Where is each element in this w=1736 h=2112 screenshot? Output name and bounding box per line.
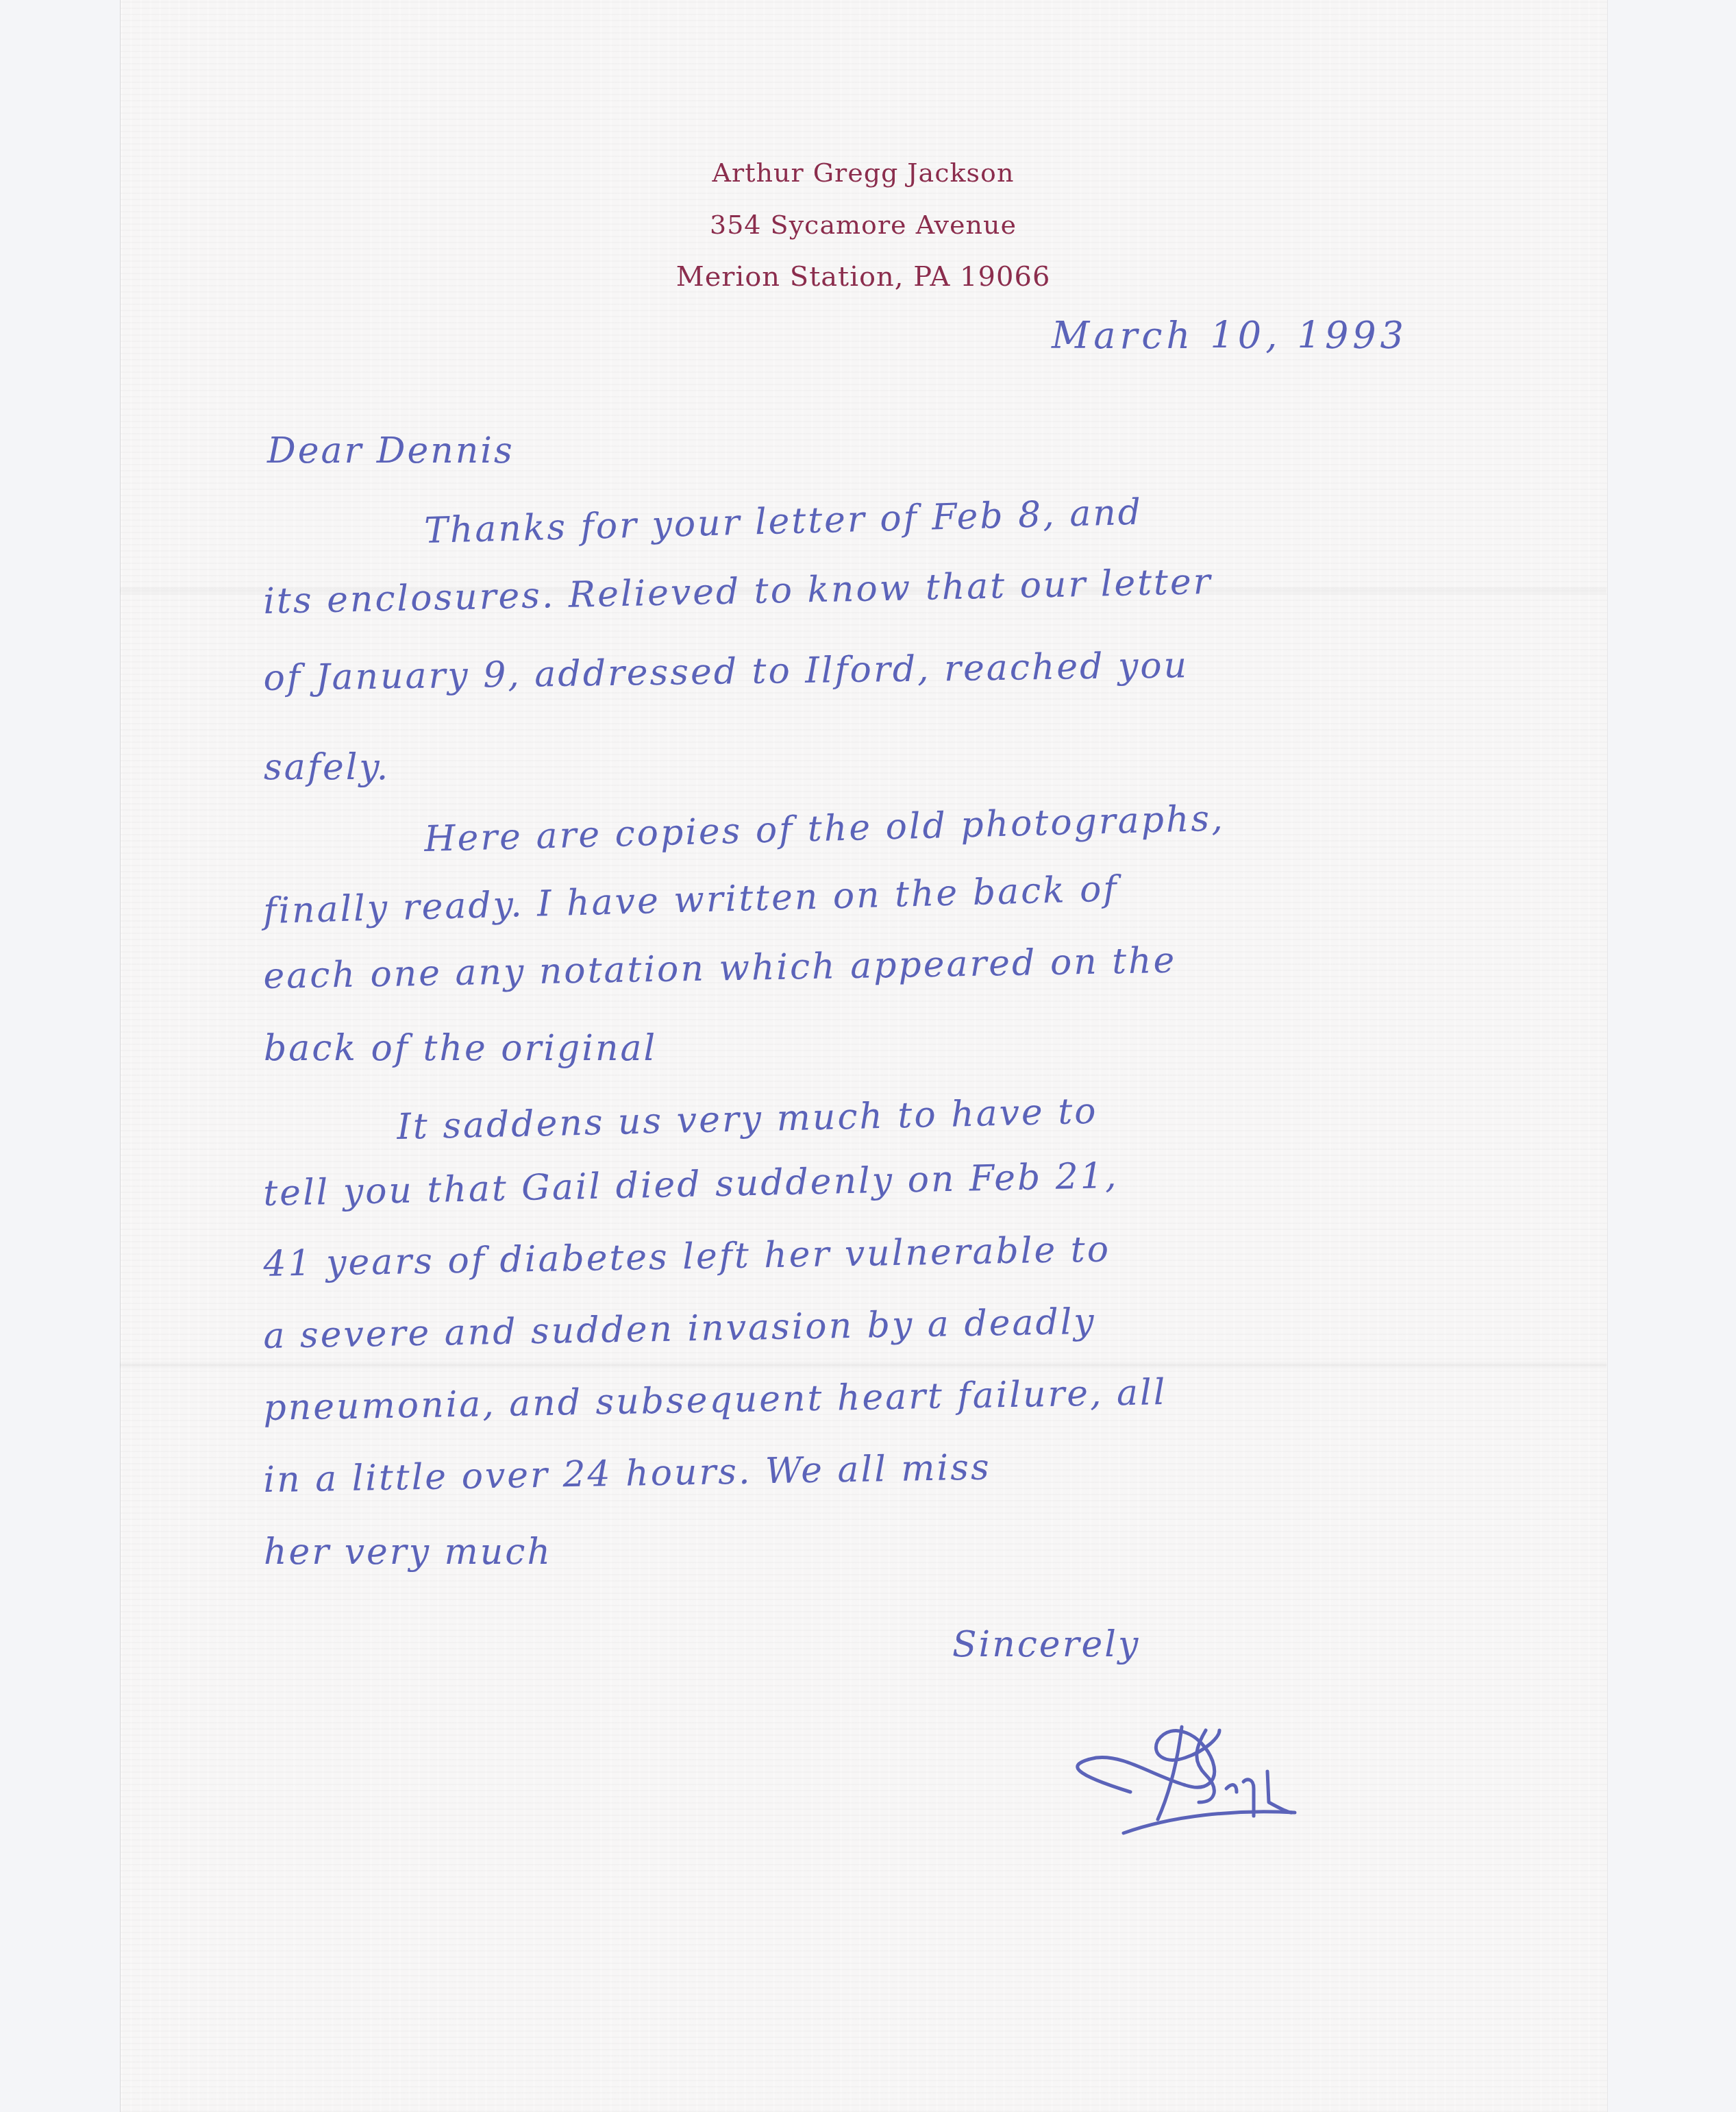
body-line: safely. xyxy=(264,747,390,788)
closing: Sincerely xyxy=(952,1624,1140,1665)
body-line: her very much xyxy=(264,1532,552,1573)
letterhead-name: Arthur Gregg Jackson xyxy=(120,147,1607,199)
letterhead-city: Merion Station, PA 19066 xyxy=(120,251,1607,303)
signature: Greg xyxy=(1048,1699,1343,1843)
paper-fold-crease xyxy=(120,1360,1607,1370)
body-line: back of the original xyxy=(264,1028,657,1069)
letterhead-street: 354 Sycamore Avenue xyxy=(120,199,1607,251)
letterhead: Arthur Gregg Jackson 354 Sycamore Avenue… xyxy=(120,147,1607,303)
letter-date: March 10, 1993 xyxy=(1052,314,1408,357)
salutation: Dear Dennis xyxy=(267,430,514,471)
